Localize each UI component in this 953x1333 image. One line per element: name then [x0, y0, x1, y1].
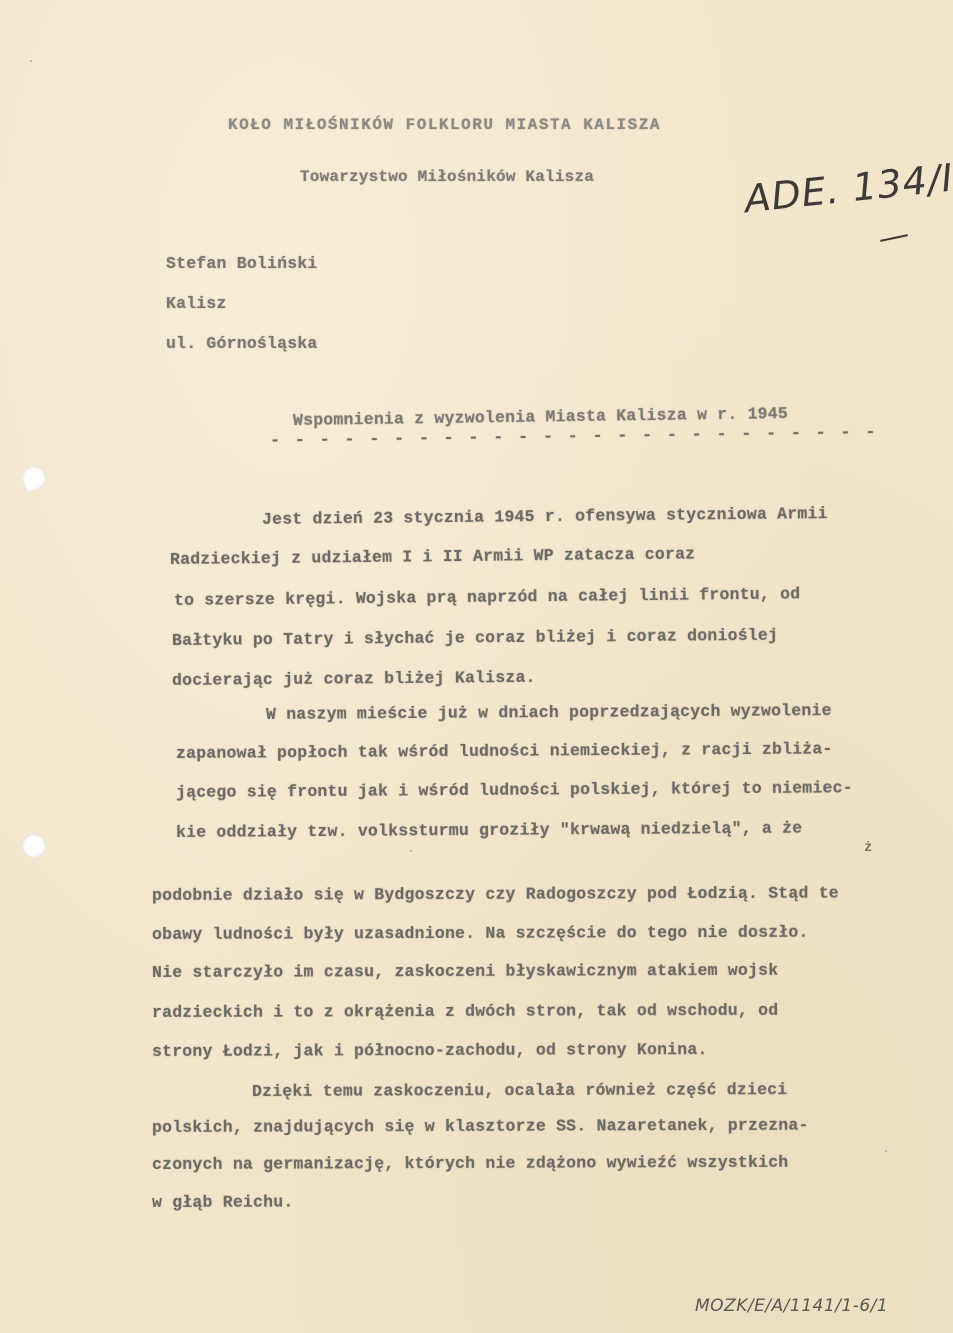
body-line: podobnie działo się w Bydgoszczy czy Rad…: [152, 884, 839, 905]
body-line: polskich, znajdujących się w klasztorze …: [152, 1116, 809, 1137]
author-name: Stefan Boliński: [166, 254, 318, 273]
body-line: radzieckich i to z okrążenia z dwóch str…: [152, 1001, 778, 1022]
paper-speck: [885, 1150, 887, 1152]
letterhead-organization: KOŁO MIŁOŚNIKÓW FOLKLORU MIASTA KALISZA: [228, 116, 661, 134]
body-line: jącego się frontu jak i wśród ludności p…: [176, 778, 853, 802]
document-page: KOŁO MIŁOŚNIKÓW FOLKLORU MIASTA KALISZA …: [0, 0, 953, 1333]
letterhead-society: Towarzystwo Miłośników Kalisza: [300, 168, 594, 186]
body-line: W naszym mieście już w dniach poprzedzaj…: [266, 701, 832, 724]
author-city: Kalisz: [166, 294, 227, 313]
body-line: Bałtyku po Tatry i słychać je coraz bliż…: [172, 626, 778, 650]
body-line: zapanował popłoch tak wśród ludności nie…: [176, 739, 833, 763]
body-line: Nie starczyło im czasu, zaskoczeni błysk…: [152, 961, 778, 982]
body-line: Dzięki temu zaskoczeniu, ocalała również…: [252, 1080, 787, 1101]
interlinear-correction: ż: [864, 840, 872, 856]
body-line: strony Łodzi, jak i północno-zachodu, od…: [152, 1040, 708, 1061]
body-line: w głąb Reichu.: [152, 1193, 294, 1212]
body-line: obawy ludności były uzasadnione. Na szcz…: [152, 923, 809, 944]
body-line: to szersze kręgi. Wojska prą naprzód na …: [174, 584, 800, 610]
author-street: ul. Górnośląska: [166, 334, 318, 353]
paper-speck: [30, 60, 32, 62]
handwritten-underline: [880, 234, 908, 242]
body-line: kie oddziały tzw. volkssturmu groziły "k…: [176, 819, 802, 842]
punch-hole: [19, 463, 50, 494]
body-line: Jest dzień 23 stycznia 1945 r. ofensywa …: [262, 504, 828, 529]
body-line: Radzieckiej z udziałem I i II Armii WP z…: [170, 544, 695, 568]
body-line: docierając już coraz bliżej Kalisza.: [172, 668, 536, 690]
body-line: czonych na germanizację, których nie zdą…: [152, 1153, 788, 1174]
paper-speck: [410, 850, 412, 852]
handwritten-reference: ADE. 134/IV: [742, 153, 953, 222]
punch-hole: [22, 834, 46, 858]
archive-signature: MOZK/E/A/1141/1-6/1: [695, 1296, 888, 1316]
